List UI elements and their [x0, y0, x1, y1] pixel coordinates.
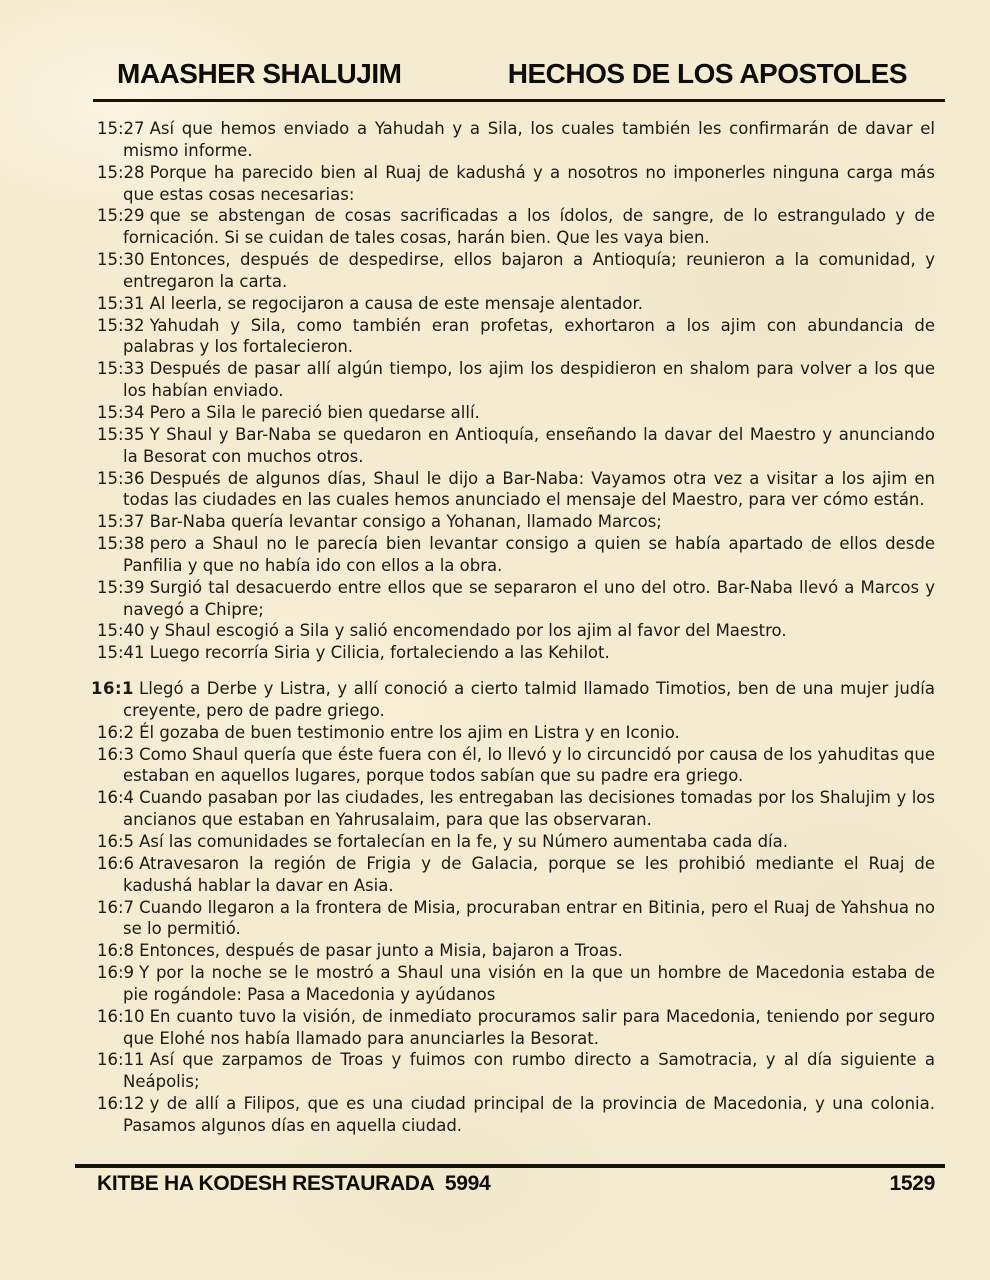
verse: 16:3Como Shaul quería que éste fuera con…: [97, 744, 935, 788]
verse-number: 16:4: [97, 788, 134, 807]
verse: 16:2Él gozaba de buen testimonio entre l…: [97, 722, 935, 744]
verse-number: 15:38: [97, 534, 145, 553]
verse-text: Como Shaul quería que éste fuera con él,…: [123, 745, 935, 786]
verse-text: Después de algunos días, Shaul le dijo a…: [123, 469, 935, 510]
verse-number: 15:40: [97, 621, 145, 640]
verse-text: Porque ha parecido bien al Ruaj de kadus…: [123, 163, 935, 204]
verse-text: y de allí a Filipos, que es una ciudad p…: [123, 1094, 935, 1135]
verse: 15:39Surgió tal desacuerdo entre ellos q…: [97, 577, 935, 621]
verse-text: Entonces, después de pasar junto a Misia…: [139, 941, 623, 960]
verse: 16:5Así las comunidades se fortalecían e…: [97, 831, 935, 853]
running-head-left: MAASHER SHALUJIM: [117, 58, 401, 90]
verse: 15:32Yahudah y Sila, como también eran p…: [97, 315, 935, 359]
verse: 15:37Bar-Naba quería levantar consigo a …: [97, 511, 935, 533]
verse-number: 16:3: [97, 745, 134, 764]
verse-number: 15:36: [97, 469, 145, 488]
verse-number: 16:5: [97, 832, 134, 851]
verse: 15:33Después de pasar allí algún tiempo,…: [97, 358, 935, 402]
verse-number: 15:37: [97, 512, 145, 531]
verse: 15:28Porque ha parecido bien al Ruaj de …: [97, 162, 935, 206]
verse-text: Atravesaron la región de Frigia y de Gal…: [123, 854, 935, 895]
verse-number: 15:33: [97, 359, 145, 378]
verse-text: Después de pasar allí algún tiempo, los …: [123, 359, 935, 400]
verse-text: Cuando llegaron a la frontera de Misia, …: [123, 898, 935, 939]
verse: 15:31Al leerla, se regocijaron a causa d…: [97, 293, 935, 315]
scripture-page: MAASHER SHALUJIM HECHOS DE LOS APOSTOLES…: [0, 0, 990, 1280]
verse-text: pero a Shaul no le parecía bien levantar…: [123, 534, 935, 575]
verse: 16:10En cuanto tuvo la visión, de inmedi…: [97, 1006, 935, 1050]
verse-text: Bar-Naba quería levantar consigo a Yohan…: [150, 512, 662, 531]
verse: 15:35Y Shaul y Bar-Naba se quedaron en A…: [97, 424, 935, 468]
verse: 16:1Llegó a Derbe y Listra, y allí conoc…: [97, 678, 935, 722]
verse: 15:41Luego recorría Siria y Cilicia, for…: [97, 642, 935, 664]
verse: 16:9Y por la noche se le mostró a Shaul …: [97, 962, 935, 1006]
verse-text: Así que zarpamos de Troas y fuimos con r…: [123, 1050, 935, 1091]
verse-number: 15:32: [97, 316, 145, 335]
verse: 15:40y Shaul escogió a Sila y salió enco…: [97, 620, 935, 642]
verse-number: 15:34: [97, 403, 145, 422]
verse-number: 15:27: [97, 119, 145, 138]
verse: 16:8Entonces, después de pasar junto a M…: [97, 940, 935, 962]
verse-text: Luego recorría Siria y Cilicia, fortalec…: [150, 643, 610, 662]
verse-number: 15:41: [97, 643, 145, 662]
verse: 16:6Atravesaron la región de Frigia y de…: [97, 853, 935, 897]
verse-number: 15:39: [97, 578, 145, 597]
verse-text: Surgió tal desacuerdo entre ellos que se…: [123, 578, 935, 619]
verse-number: 16:11: [97, 1050, 145, 1069]
verse-text: Así que hemos enviado a Yahudah y a Sila…: [123, 119, 935, 160]
verse-text: Él gozaba de buen testimonio entre los a…: [139, 723, 680, 742]
verse-number: 16:7: [97, 898, 134, 917]
verse-text: Pero a Sila le pareció bien quedarse all…: [150, 403, 480, 422]
verse-text: Cuando pasaban por las ciudades, les ent…: [123, 788, 935, 829]
verse: 15:36Después de algunos días, Shaul le d…: [97, 468, 935, 512]
verse-number: 16:2: [97, 723, 134, 742]
verse-text: y Shaul escogió a Sila y salió encomenda…: [150, 621, 787, 640]
verse-number: 15:29: [97, 206, 145, 225]
running-head-right: HECHOS DE LOS APOSTOLES: [508, 58, 907, 90]
verse-text: Al leerla, se regocijaron a causa de est…: [150, 294, 643, 313]
verse-number: 15:28: [97, 163, 145, 182]
verse-number: 16:6: [97, 854, 134, 873]
verse-list: 15:27Así que hemos enviado a Yahudah y a…: [97, 118, 935, 1137]
verse: 16:12y de allí a Filipos, que es una ciu…: [97, 1093, 935, 1137]
verse: 15:30Entonces, después de despedirse, el…: [97, 249, 935, 293]
verse: 16:11Así que zarpamos de Troas y fuimos …: [97, 1049, 935, 1093]
edition-label: KITBE HA KODESH RESTAURADA 5994: [97, 1172, 490, 1196]
verse: 15:29que se abstengan de cosas sacrifica…: [97, 205, 935, 249]
verse-text: Así las comunidades se fortalecían en la…: [139, 832, 788, 851]
verse-text: Llegó a Derbe y Listra, y allí conoció a…: [123, 679, 935, 720]
header-rule: [93, 99, 945, 102]
verse-number: 16:8: [97, 941, 134, 960]
page-header: MAASHER SHALUJIM HECHOS DE LOS APOSTOLES: [93, 58, 945, 90]
verse: 15:34Pero a Sila le pareció bien quedars…: [97, 402, 935, 424]
verse-text: En cuanto tuvo la visión, de inmediato p…: [123, 1007, 935, 1048]
verse-number: 16:10: [97, 1007, 145, 1026]
verse: 15:38pero a Shaul no le parecía bien lev…: [97, 533, 935, 577]
verse-number: 16:12: [97, 1094, 145, 1113]
verse-number: 16:9: [97, 963, 134, 982]
verse-number: 15:35: [97, 425, 145, 444]
footer-rule: [75, 1164, 945, 1168]
verse-text: que se abstengan de cosas sacrificadas a…: [123, 206, 935, 247]
verse-text: Y Shaul y Bar-Naba se quedaron en Antioq…: [123, 425, 935, 466]
verse: 16:4Cuando pasaban por las ciudades, les…: [97, 787, 935, 831]
page-number: 1529: [889, 1172, 935, 1196]
verse-number: 15:31: [97, 294, 145, 313]
verse: 15:27Así que hemos enviado a Yahudah y a…: [97, 118, 935, 162]
verse-text: Yahudah y Sila, como también eran profet…: [123, 316, 935, 357]
verse-text: Y por la noche se le mostró a Shaul una …: [123, 963, 935, 1004]
verse-number: 16:1: [91, 679, 134, 698]
verse-number: 15:30: [97, 250, 145, 269]
verse-text: Entonces, después de despedirse, ellos b…: [123, 250, 935, 291]
page-footer: KITBE HA KODESH RESTAURADA 5994 1529: [97, 1172, 935, 1196]
verse: 16:7Cuando llegaron a la frontera de Mis…: [97, 897, 935, 941]
